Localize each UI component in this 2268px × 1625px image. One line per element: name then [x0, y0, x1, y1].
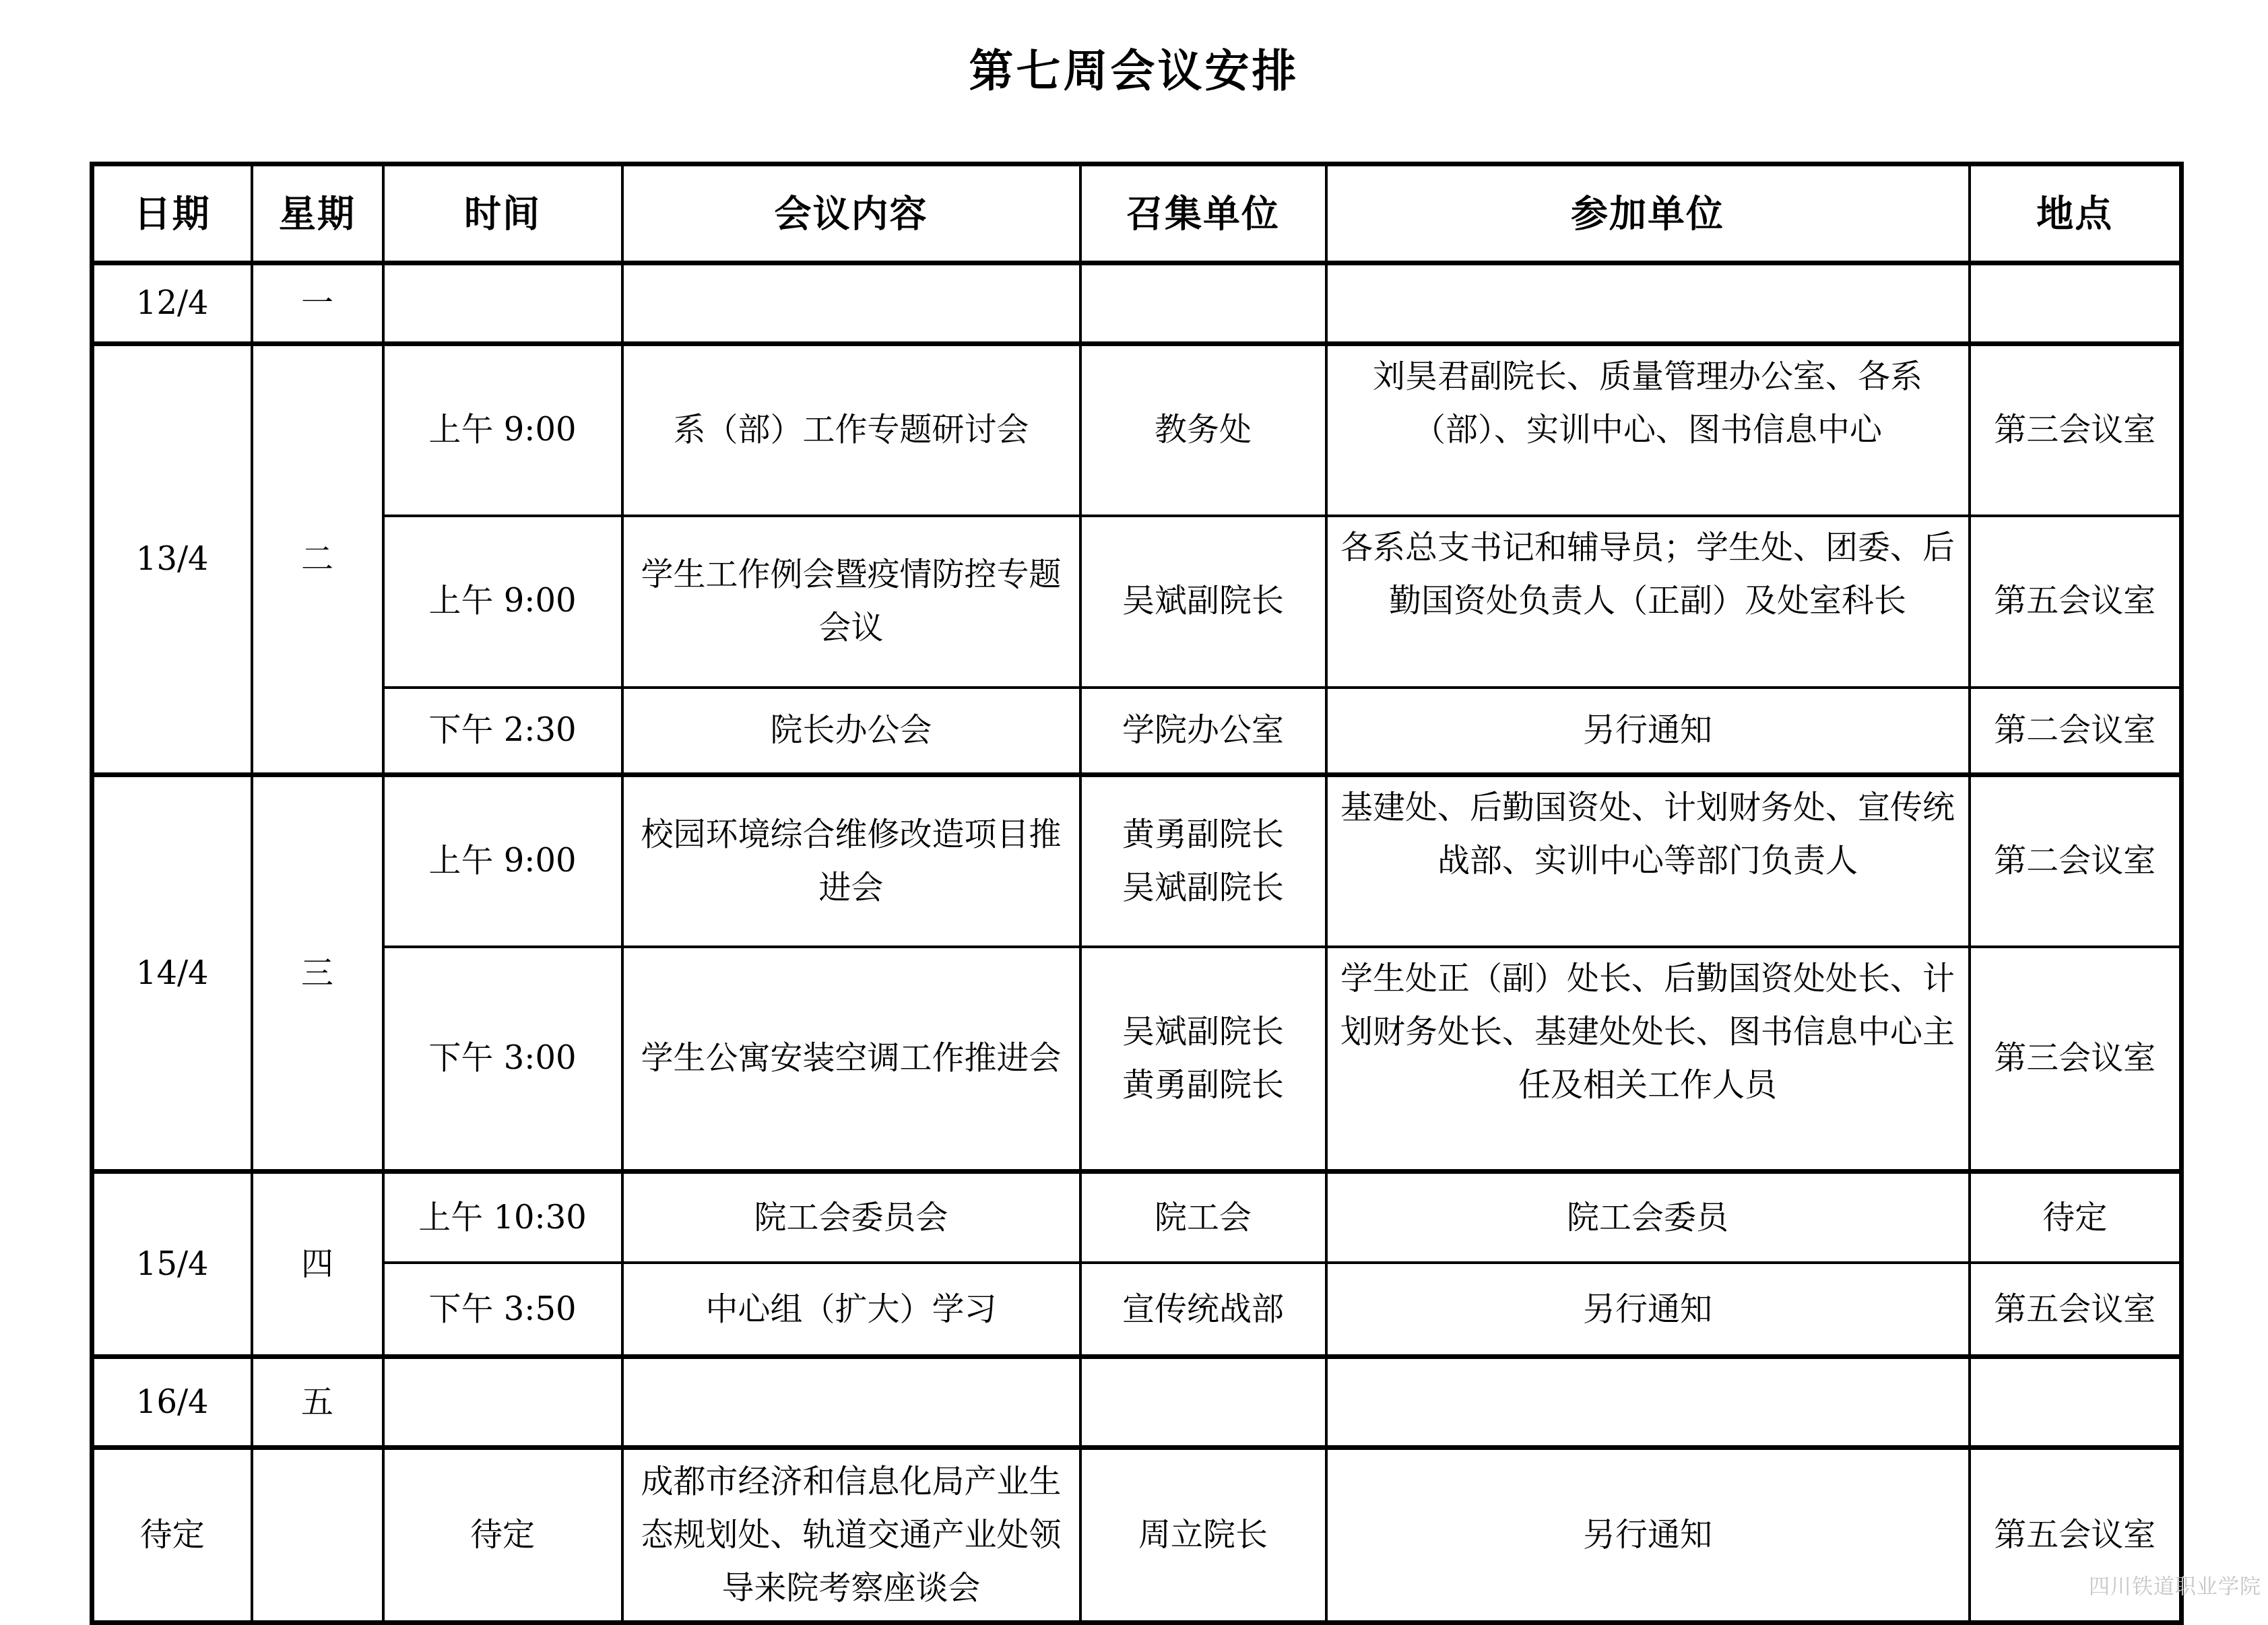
table-row: 15/4 四 上午 10:30 院工会委员会 院工会 院工会委员 待定: [92, 1172, 2182, 1263]
meeting-content-cell: 系（部）工作专题研讨会: [622, 344, 1080, 516]
meeting-content-cell: 校园环境综合维修改造项目推进会: [622, 775, 1080, 947]
weekday-cell: [252, 1448, 383, 1623]
weekday-cell: 一: [252, 263, 383, 344]
participating-unit-cell: 基建处、后勤国资处、计划财务处、宣传统战部、实训中心等部门负责人: [1326, 775, 1970, 947]
table-row: 16/4 五: [92, 1357, 2182, 1448]
table-row: 13/4 二 上午 9:00 系（部）工作专题研讨会 教务处 刘昊君副院长、质量…: [92, 344, 2182, 516]
location-cell: 待定: [1970, 1172, 2182, 1263]
participating-unit-cell: 另行通知: [1326, 1263, 1970, 1357]
location-cell: 第五会议室: [1970, 1263, 2182, 1357]
header-participating-unit: 参加单位: [1326, 164, 1970, 263]
header-time: 时间: [383, 164, 622, 263]
location-cell: 第二会议室: [1970, 775, 2182, 947]
meeting-content-cell: 成都市经济和信息化局产业生态规划处、轨道交通产业处领导来院考察座谈会: [622, 1448, 1080, 1623]
date-cell: 12/4: [92, 263, 252, 344]
participating-unit-cell: 各系总支书记和辅导员；学生处、团委、后勤国资处负责人（正副）及处室科长: [1326, 516, 1970, 688]
convening-unit-cell: 周立院长: [1080, 1448, 1326, 1623]
location-cell: [1970, 263, 2182, 344]
convening-unit-cell: [1080, 263, 1326, 344]
meeting-content-cell: 学生公寓安装空调工作推进会: [622, 947, 1080, 1172]
date-cell: 15/4: [92, 1172, 252, 1357]
table-row: 14/4 三 上午 9:00 校园环境综合维修改造项目推进会 黄勇副院长 吴斌副…: [92, 775, 2182, 947]
location-cell: 第三会议室: [1970, 344, 2182, 516]
meeting-content-cell: [622, 1357, 1080, 1448]
time-cell: 上午 9:00: [383, 775, 622, 947]
table-row: 下午 3:00 学生公寓安装空调工作推进会 吴斌副院长 黄勇副院长 学生处正（副…: [92, 947, 2182, 1172]
time-cell: 待定: [383, 1448, 622, 1623]
location-cell: 第三会议室: [1970, 947, 2182, 1172]
convening-unit-cell: 吴斌副院长 黄勇副院长: [1080, 947, 1326, 1172]
time-cell: 上午 9:00: [383, 516, 622, 688]
time-cell: 下午 2:30: [383, 688, 622, 775]
convening-unit-cell: 吴斌副院长: [1080, 516, 1326, 688]
table-row: 待定 待定 成都市经济和信息化局产业生态规划处、轨道交通产业处领导来院考察座谈会…: [92, 1448, 2182, 1623]
meeting-content-cell: 学生工作例会暨疫情防控专题会议: [622, 516, 1080, 688]
header-date: 日期: [92, 164, 252, 263]
location-cell: [1970, 1357, 2182, 1448]
weekday-cell: 三: [252, 775, 383, 1172]
meeting-content-cell: 院工会委员会: [622, 1172, 1080, 1263]
convening-unit-cell: 院工会: [1080, 1172, 1326, 1263]
participating-unit-cell: 学生处正（副）处长、后勤国资处处长、计划财务处长、基建处处长、图书信息中心主任及…: [1326, 947, 1970, 1172]
header-row: 日期 星期 时间 会议内容 召集单位 参加单位 地点: [92, 164, 2182, 263]
time-cell: 上午 10:30: [383, 1172, 622, 1263]
time-cell: 下午 3:50: [383, 1263, 622, 1357]
time-cell: [383, 263, 622, 344]
participating-unit-cell: 院工会委员: [1326, 1172, 1970, 1263]
header-weekday: 星期: [252, 164, 383, 263]
table-row: 下午 3:50 中心组（扩大）学习 宣传统战部 另行通知 第五会议室: [92, 1263, 2182, 1357]
participating-unit-cell: 另行通知: [1326, 688, 1970, 775]
date-cell: 待定: [92, 1448, 252, 1623]
weekday-cell: 四: [252, 1172, 383, 1357]
convening-unit-cell: 宣传统战部: [1080, 1263, 1326, 1357]
time-cell: [383, 1357, 622, 1448]
location-cell: 第二会议室: [1970, 688, 2182, 775]
watermark-text: 四川铁道职业学院: [2089, 1569, 2261, 1599]
time-cell: 下午 3:00: [383, 947, 622, 1172]
time-cell: 上午 9:00: [383, 344, 622, 516]
location-cell: 第五会议室: [1970, 516, 2182, 688]
participating-unit-cell: 刘昊君副院长、质量管理办公室、各系（部）、实训中心、图书信息中心: [1326, 344, 1970, 516]
meeting-content-cell: 院长办公会: [622, 688, 1080, 775]
participating-unit-cell: [1326, 1357, 1970, 1448]
date-cell: 14/4: [92, 775, 252, 1172]
page-title: 第七周会议安排: [0, 35, 2268, 99]
weekday-cell: 五: [252, 1357, 383, 1448]
header-convening-unit: 召集单位: [1080, 164, 1326, 263]
meeting-content-cell: [622, 263, 1080, 344]
convening-unit-cell: 黄勇副院长 吴斌副院长: [1080, 775, 1326, 947]
convening-unit-cell: [1080, 1357, 1326, 1448]
weekday-cell: 二: [252, 344, 383, 775]
participating-unit-cell: [1326, 263, 1970, 344]
meeting-content-cell: 中心组（扩大）学习: [622, 1263, 1080, 1357]
meeting-schedule-table: 日期 星期 时间 会议内容 召集单位 参加单位 地点 12/4 一 13/4 二…: [90, 162, 2184, 1625]
convening-unit-cell: 学院办公室: [1080, 688, 1326, 775]
table-row: 下午 2:30 院长办公会 学院办公室 另行通知 第二会议室: [92, 688, 2182, 775]
participating-unit-cell: 另行通知: [1326, 1448, 1970, 1623]
table-row: 12/4 一: [92, 263, 2182, 344]
header-location: 地点: [1970, 164, 2182, 263]
date-cell: 13/4: [92, 344, 252, 775]
header-meeting-content: 会议内容: [622, 164, 1080, 263]
table-row: 上午 9:00 学生工作例会暨疫情防控专题会议 吴斌副院长 各系总支书记和辅导员…: [92, 516, 2182, 688]
convening-unit-cell: 教务处: [1080, 344, 1326, 516]
date-cell: 16/4: [92, 1357, 252, 1448]
